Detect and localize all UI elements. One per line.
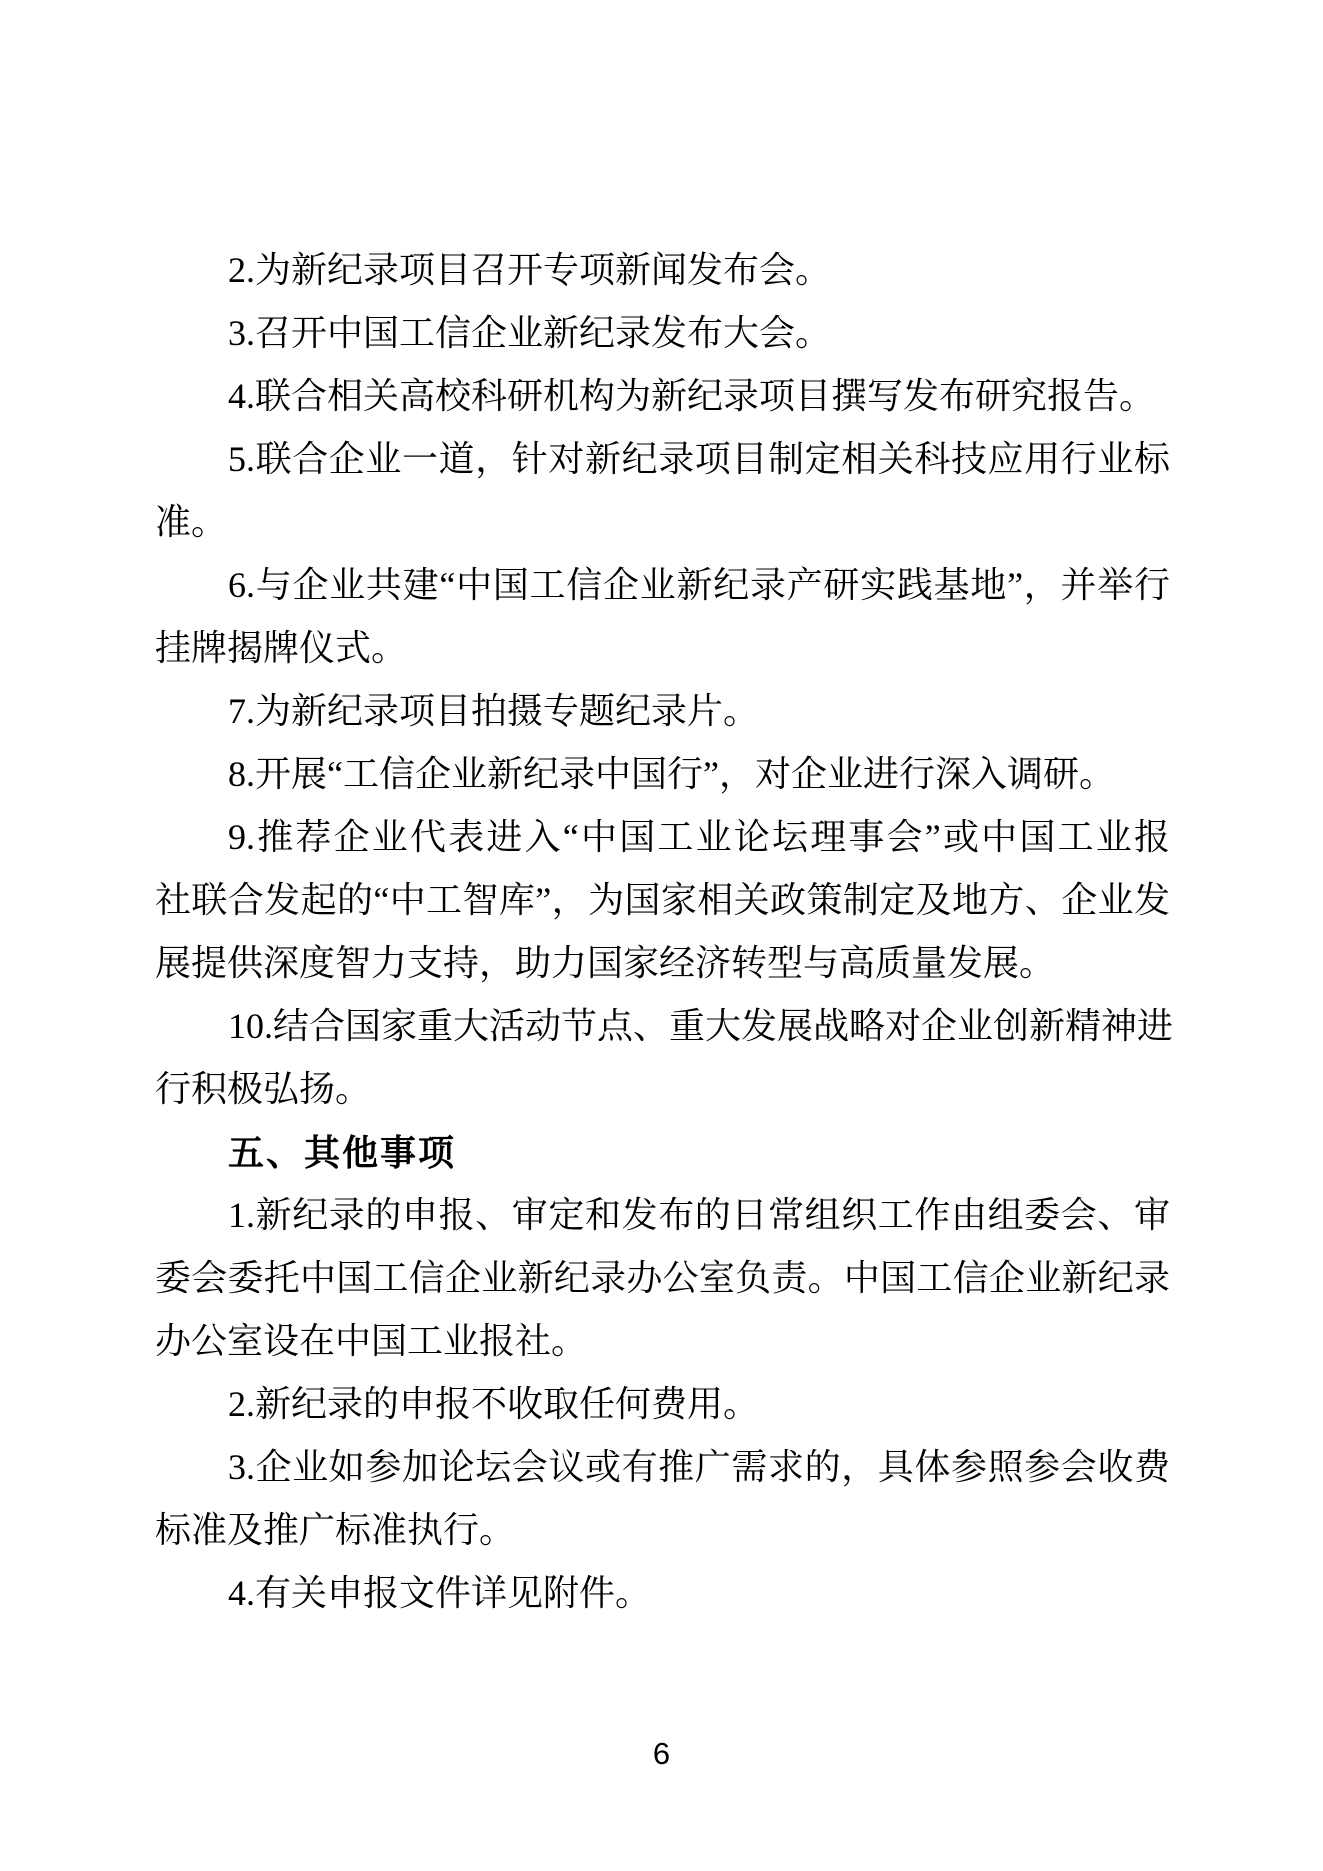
text-line: 挂牌揭牌仪式。: [155, 617, 1170, 680]
text-line: 1.新纪录的申报、审定和发布的日常组织工作由组委会、审: [155, 1184, 1170, 1247]
text-line: 3.企业如参加论坛会议或有推广需求的，具体参照参会收费: [155, 1436, 1170, 1499]
text-line: 4.联合相关高校科研机构为新纪录项目撰写发布研究报告。: [155, 365, 1170, 428]
text-line: 5.联合企业一道，针对新纪录项目制定相关科技应用行业标: [155, 428, 1170, 491]
page-footer: 6: [0, 1722, 1323, 1785]
text-line: 展提供深度智力支持，助力国家经济转型与高质量发展。: [155, 932, 1170, 995]
text-line: 4.有关申报文件详见附件。: [155, 1562, 1170, 1625]
text-line: 标准及推广标准执行。: [155, 1499, 1170, 1562]
text-line: 7.为新纪录项目拍摄专题纪录片。: [155, 680, 1170, 743]
document-page: 2.为新纪录项目召开专项新闻发布会。3.召开中国工信企业新纪录发布大会。4.联合…: [0, 0, 1323, 1871]
text-block: 2.为新纪录项目召开专项新闻发布会。3.召开中国工信企业新纪录发布大会。4.联合…: [155, 239, 1170, 1625]
text-line: 10.结合国家重大活动节点、重大发展战略对企业创新精神进: [155, 995, 1170, 1058]
text-line: 3.召开中国工信企业新纪录发布大会。: [155, 302, 1170, 365]
text-line: 2.新纪录的申报不收取任何费用。: [155, 1373, 1170, 1436]
text-line: 准。: [155, 491, 1170, 554]
text-line: 行积极弘扬。: [155, 1058, 1170, 1121]
text-line: 委会委托中国工信企业新纪录办公室负责。中国工信企业新纪录: [155, 1247, 1170, 1310]
text-line: 8.开展“工信企业新纪录中国行”，对企业进行深入调研。: [155, 743, 1170, 806]
page-number: 6: [653, 1736, 670, 1771]
text-line: 2.为新纪录项目召开专项新闻发布会。: [155, 239, 1170, 302]
text-line: 办公室设在中国工业报社。: [155, 1310, 1170, 1373]
text-line: 6.与企业共建“中国工信企业新纪录产研实践基地”，并举行: [155, 554, 1170, 617]
text-line: 社联合发起的“中工智库”，为国家相关政策制定及地方、企业发: [155, 869, 1170, 932]
text-line: 9.推荐企业代表进入“中国工业论坛理事会”或中国工业报: [155, 806, 1170, 869]
section-heading: 五、其他事项: [155, 1121, 1170, 1184]
